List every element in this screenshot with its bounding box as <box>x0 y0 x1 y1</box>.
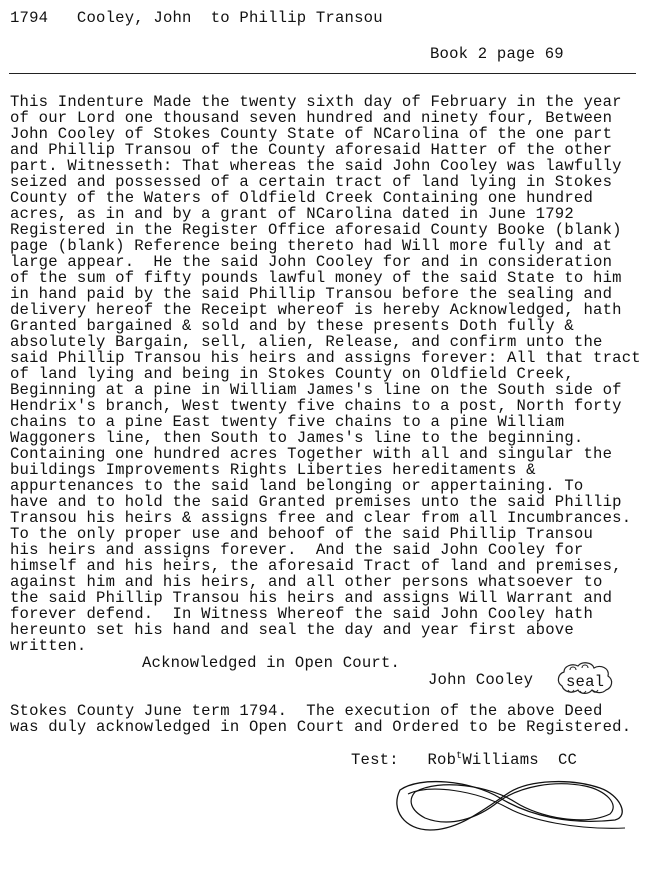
deed-title: Cooley, John to Phillip Transou <box>77 9 383 27</box>
deed-text-line: Granted bargained & sold and by these pr… <box>10 318 641 334</box>
deed-header: 1794 Cooley, John to Phillip Transou <box>10 10 383 26</box>
court-record: Stokes County June term 1794. The execut… <box>10 703 631 735</box>
clerk-signature-flourish <box>380 770 640 845</box>
deed-text-line: said Phillip Transou his heirs and assig… <box>10 350 641 366</box>
acknowledgement-line: Acknowledged in Open Court. <box>142 655 400 671</box>
deed-text-line: large appear. He the said John Cooley fo… <box>10 254 641 270</box>
deed-text-line: and Phillip Transou of the County afores… <box>10 142 641 158</box>
deed-text-line: Waggoners line, then South to James's li… <box>10 430 641 446</box>
deed-body: This Indenture Made the twenty sixth day… <box>10 94 641 654</box>
deed-text-line: Hendrix's branch, West twenty five chain… <box>10 398 641 414</box>
test-attestation: Test: RobtWilliams CC <box>351 752 577 768</box>
deed-text-line: against him and his heirs, and all other… <box>10 574 641 590</box>
test-label: Test: <box>351 751 399 769</box>
book-reference: Book 2 page 69 <box>430 46 564 62</box>
clerk-title: CC <box>558 751 577 769</box>
clerk-name: RobtWilliams <box>427 751 538 769</box>
deed-text-line: Transou his heirs & assigns free and cle… <box>10 510 641 526</box>
deed-text-line: acres, as in and by a grant of NCarolina… <box>10 206 641 222</box>
deed-text-line: the said Phillip Transou his heirs and a… <box>10 590 641 606</box>
deed-text-line: John Cooley of Stokes County State of NC… <box>10 126 641 142</box>
deed-year: 1794 <box>10 9 48 27</box>
deed-text-line: buildings Improvements Rights Liberties … <box>10 462 641 478</box>
deed-text-line: County of the Waters of Oldfield Creek C… <box>10 190 641 206</box>
court-text-line: was duly acknowledged in Open Court and … <box>10 719 631 735</box>
deed-text-line: of land lying and being in Stokes County… <box>10 366 641 382</box>
deed-text-line: Registered in the Register Office afores… <box>10 222 641 238</box>
deed-text-line: To the only proper use and behoof of the… <box>10 526 641 542</box>
deed-text-line: of our Lord one thousand seven hundred a… <box>10 110 641 126</box>
deed-text-line: hereunto set his hand and seal the day a… <box>10 622 641 638</box>
court-text-line: Stokes County June term 1794. The execut… <box>10 703 631 719</box>
deed-text-line: appurtenances to the said land belonging… <box>10 478 641 494</box>
deed-text-line: his heirs and assigns forever. And the s… <box>10 542 641 558</box>
deed-text-line: part. Witnesseth: That whereas the said … <box>10 158 641 174</box>
signer-name: John Cooley <box>428 672 533 688</box>
deed-text-line: chains to a pine East twenty five chains… <box>10 414 641 430</box>
deed-text-line: Beginning at a pine in William James's l… <box>10 382 641 398</box>
deed-text-line: written. <box>10 638 641 654</box>
deed-text-line: This Indenture Made the twenty sixth day… <box>10 94 641 110</box>
deed-text-line: have and to hold the said Granted premis… <box>10 494 641 510</box>
deed-text-line: Containing one hundred acres Together wi… <box>10 446 641 462</box>
deed-text-line: of the sum of fifty pounds lawful money … <box>10 270 641 286</box>
deed-text-line: page (blank) Reference being thereto had… <box>10 238 641 254</box>
header-divider <box>9 73 636 74</box>
deed-text-line: absolutely Bargain, sell, alien, Release… <box>10 334 641 350</box>
deed-text-line: in hand paid by the said Phillip Transou… <box>10 286 641 302</box>
deed-text-line: himself and his heirs, the aforesaid Tra… <box>10 558 641 574</box>
deed-text-line: forever defend. In Witness Whereof the s… <box>10 606 641 622</box>
seal-label: seal <box>566 674 604 690</box>
deed-text-line: delivery hereof the Receipt whereof is h… <box>10 302 641 318</box>
deed-text-line: seized and possessed of a certain tract … <box>10 174 641 190</box>
